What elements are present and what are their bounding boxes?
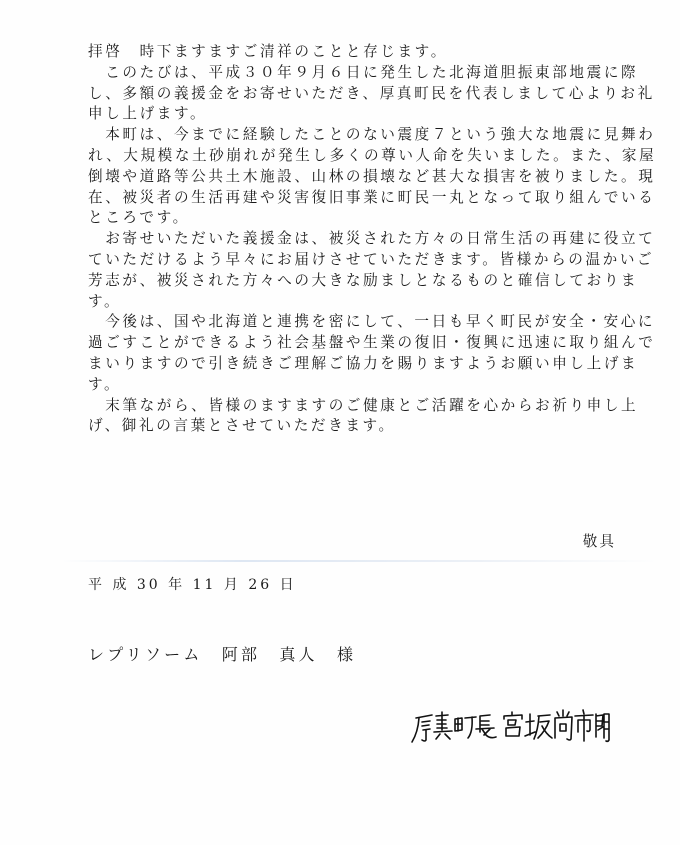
body-line: ていただけるよう早々にお届けさせていただきます。皆様からの温かいご: [88, 250, 618, 271]
body-line: まいりますので引き続きご理解ご協力を賜りますようお願い申し上げま: [88, 354, 618, 375]
body-line: 末筆ながら、皆様のますますのご健康とご活躍を心からお祈り申し上: [88, 396, 618, 417]
recipient-name: レプリソーム 阿部 真人 様: [88, 642, 356, 665]
letter-page: 拝啓 時下ますますご清祥のことと存じます。 このたびは、平成３０年９月６日に発生…: [0, 0, 680, 845]
closing-phrase: 敬具: [583, 530, 616, 551]
letter-body: 拝啓 時下ますますご清祥のことと存じます。 このたびは、平成３０年９月６日に発生…: [88, 42, 618, 437]
body-line: ところです。: [88, 208, 618, 229]
scan-artifact: [60, 560, 660, 562]
body-line: 本町は、今までに経験したことのない震度７という強大な地震に見舞わ: [88, 125, 618, 146]
signature-icon: [410, 702, 610, 748]
body-line: このたびは、平成３０年９月６日に発生した北海道胆振東部地震に際: [88, 63, 618, 84]
body-line: 過ごすことができるよう社会基盤や生業の復旧・復興に迅速に取り組んで: [88, 333, 618, 354]
body-line: し、多額の義援金をお寄せいただき、厚真町民を代表しまして心よりお礼: [88, 84, 618, 105]
body-line: 在、被災者の生活再建や災害復旧事業に町民一丸となって取り組んでいる: [88, 188, 618, 209]
greeting-line: 拝啓 時下ますますご清祥のことと存じます。: [88, 42, 618, 63]
body-line: す。: [88, 375, 618, 396]
handwritten-signature: [410, 702, 610, 748]
body-line: 申し上げます。: [88, 104, 618, 125]
body-line: れ、大規模な土砂崩れが発生し多くの尊い人命を失いました。また、家屋: [88, 146, 618, 167]
body-line: す。: [88, 292, 618, 313]
body-line: 芳志が、被災された方々への大きな励ましとなるものと確信しておりま: [88, 271, 618, 292]
letter-date: 平 成 30 年 11 月 26 日: [88, 574, 297, 594]
body-line: 今後は、国や北海道と連携を密にして、一日も早く町民が安全・安心に: [88, 312, 618, 333]
body-line: げ、御礼の言葉とさせていただきます。: [88, 416, 618, 437]
body-line: 倒壊や道路等公共土木施設、山林の損壊など甚大な損害を被りました。現: [88, 167, 618, 188]
body-line: お寄せいただいた義援金は、被災された方々の日常生活の再建に役立て: [88, 229, 618, 250]
